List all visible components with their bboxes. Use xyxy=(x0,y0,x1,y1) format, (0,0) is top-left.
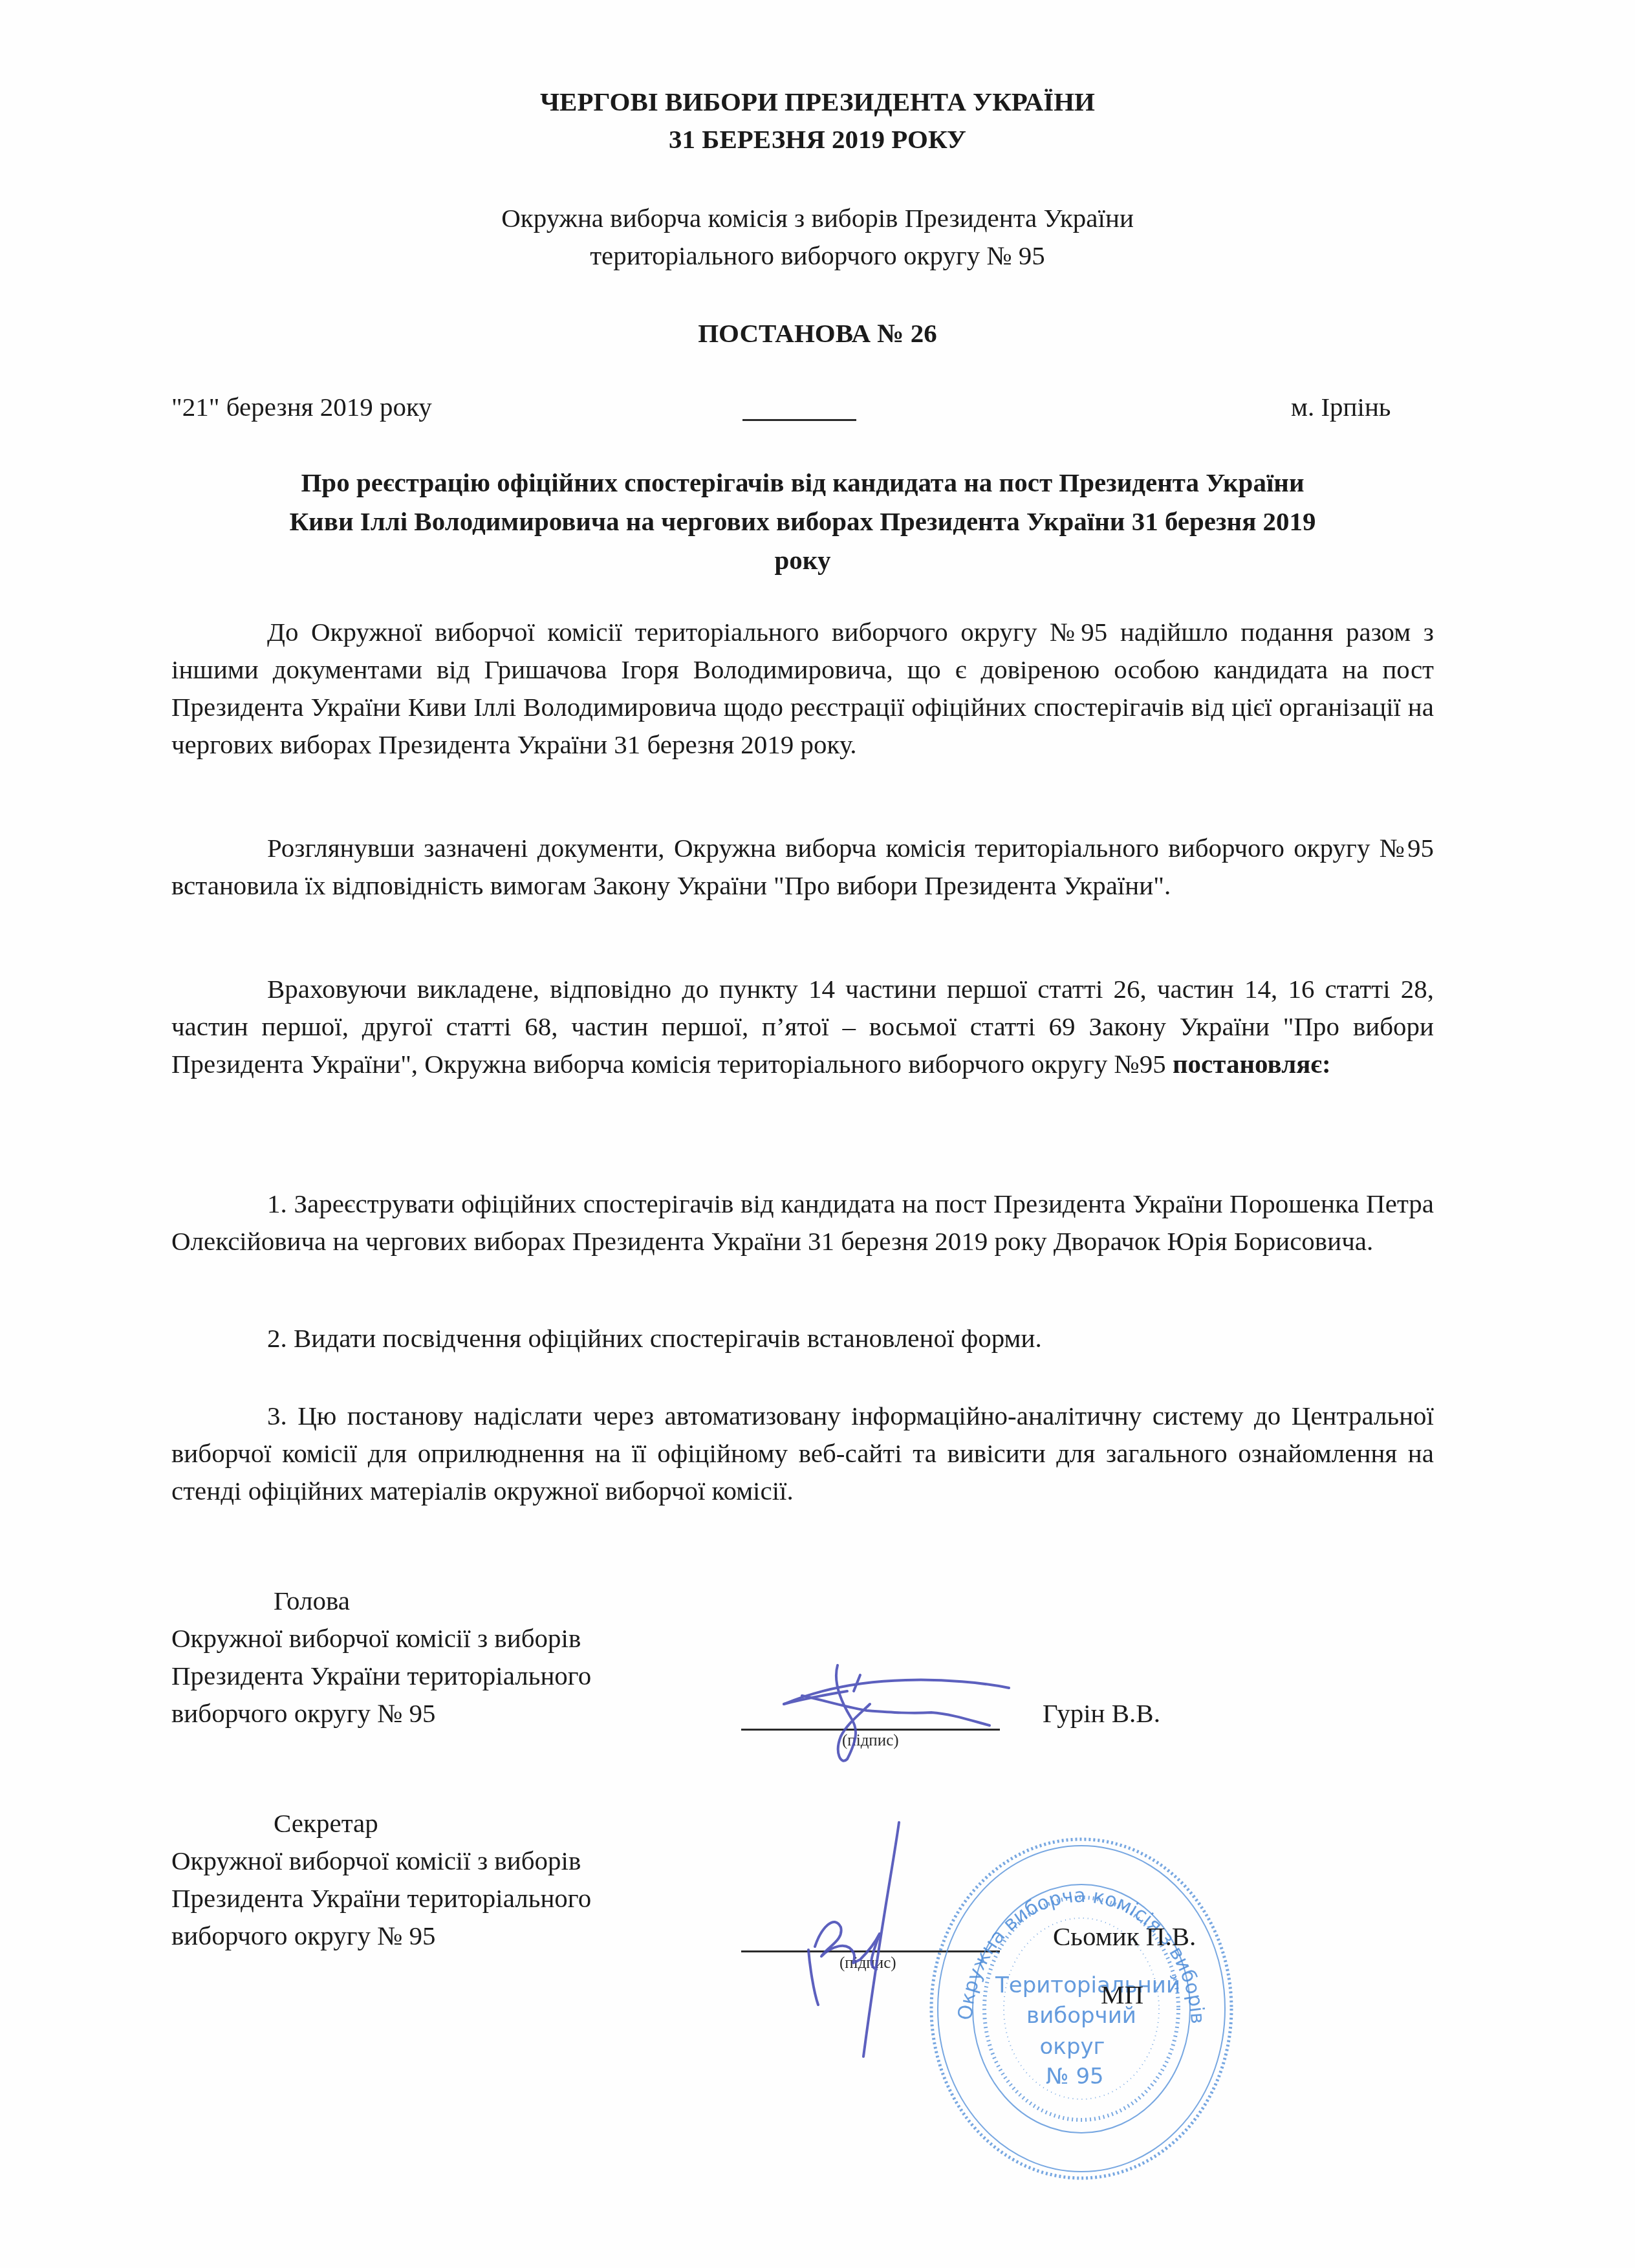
stamp-center-line3: округ xyxy=(1040,2034,1105,2060)
chair-org-line1: Окружної виборчої комісії з виборів xyxy=(171,1619,591,1657)
decides-keyword: постановляє: xyxy=(1173,1049,1331,1079)
decision-item-2-text: 2. Видати посвідчення офіційних спостері… xyxy=(171,1319,1434,1357)
secretary-org-line1: Окружної виборчої комісії з виборів xyxy=(171,1842,591,1879)
chair-signature-label: Голова Окружної виборчої комісії з вибор… xyxy=(171,1582,591,1732)
chair-org-line2: Президента України територіального xyxy=(171,1657,591,1694)
commission-line2: територіального виборчого округу № 95 xyxy=(0,237,1635,274)
seal-mark: МП xyxy=(1101,1979,1143,2010)
official-stamp-icon: Окружна виборча комісія з виборів Презид… xyxy=(926,1834,1237,2183)
resolution-date: "21" березня 2019 року xyxy=(171,388,432,426)
decision-item-3: 3. Цю постанову надіслати через автомати… xyxy=(171,1397,1434,1509)
chair-org-line3: виборчого округу № 95 xyxy=(171,1694,591,1732)
election-header-line2: 31 БЕРЕЗНЯ 2019 РОКУ xyxy=(0,120,1635,158)
subject-line2: Киви Іллі Володимировича на чергових виб… xyxy=(171,502,1434,541)
resolution-place: м. Ірпінь xyxy=(1291,388,1391,426)
paragraph-review: Розглянувши зазначені документи, Окружна… xyxy=(171,829,1434,904)
election-header-line1: ЧЕРГОВІ ВИБОРИ ПРЕЗИДЕНТА УКРАЇНИ xyxy=(0,83,1635,120)
resolution-number-blank xyxy=(742,419,856,421)
decision-item-3-text: 3. Цю постанову надіслати через автомати… xyxy=(171,1397,1434,1509)
secretary-name: Сьомик П.В. xyxy=(1053,1921,1196,1952)
secretary-role: Секретар xyxy=(171,1804,591,1842)
decision-item-2: 2. Видати посвідчення офіційних спостері… xyxy=(171,1319,1434,1357)
subject-line3: року xyxy=(171,541,1434,579)
chair-name: Гурін В.В. xyxy=(1043,1698,1160,1729)
secretary-signature-icon xyxy=(802,1817,918,2063)
paragraph-review-text: Розглянувши зазначені документи, Окружна… xyxy=(171,829,1434,904)
chair-role: Голова xyxy=(171,1582,591,1619)
decision-item-1-text: 1. Зареєструвати офіційних спостерігачів… xyxy=(171,1185,1434,1260)
stamp-center-line4: № 95 xyxy=(1046,2064,1103,2090)
resolution-subject: Про реєстрацію офіційних спостерігачів в… xyxy=(171,463,1434,579)
document-page: ЧЕРГОВІ ВИБОРИ ПРЕЗИДЕНТА УКРАЇНИ 31 БЕР… xyxy=(0,0,1635,2268)
paragraph-submission-text: До Окружної виборчої комісії територіаль… xyxy=(171,613,1434,763)
paragraph-submission: До Окружної виборчої комісії територіаль… xyxy=(171,613,1434,763)
decision-item-1: 1. Зареєструвати офіційних спостерігачів… xyxy=(171,1185,1434,1260)
chair-signature-icon xyxy=(776,1662,1015,1772)
subject-line1: Про реєстрацію офіційних спостерігачів в… xyxy=(171,463,1434,502)
resolution-title: ПОСТАНОВА № 26 xyxy=(0,314,1635,352)
secretary-org-line2: Президента України територіального xyxy=(171,1879,591,1917)
paragraph-legal-basis: Враховуючи викладене, відповідно до пунк… xyxy=(171,970,1434,1083)
commission-line1: Окружна виборча комісія з виборів Презид… xyxy=(0,199,1635,237)
stamp-center-line1: Територіальний xyxy=(995,1972,1180,1998)
secretary-org-line3: виборчого округу № 95 xyxy=(171,1917,591,1954)
secretary-signature-label: Секретар Окружної виборчої комісії з виб… xyxy=(171,1804,591,1954)
paragraph-legal-basis-text: Враховуючи викладене, відповідно до пунк… xyxy=(171,970,1434,1083)
